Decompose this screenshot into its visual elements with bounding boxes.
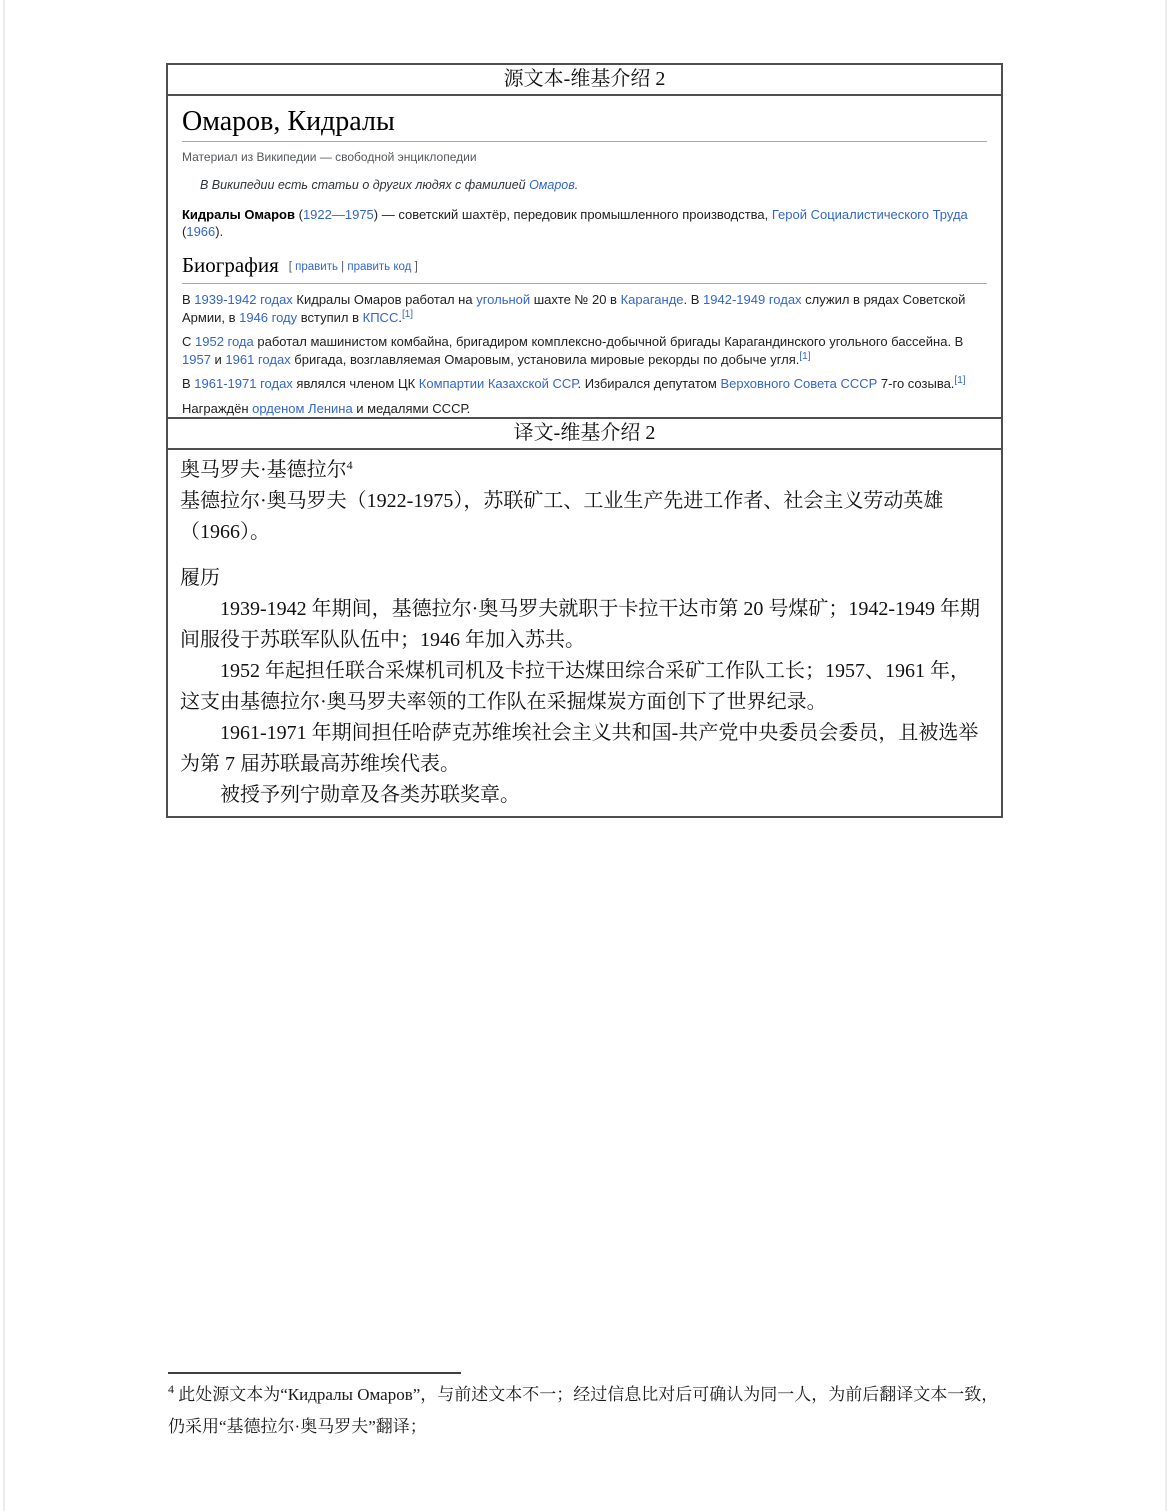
wiki-link[interactable]: орденом Ленина <box>252 401 353 416</box>
wiki-link[interactable]: 1961 годах <box>225 352 290 367</box>
text-run: В <box>182 376 194 391</box>
superscript-marker: 4 <box>347 458 353 472</box>
wiki-link[interactable]: Герой Социалистического Труда <box>772 207 968 222</box>
wiki-link[interactable]: 1939-1942 годах <box>194 292 293 307</box>
text-run: и <box>211 352 226 367</box>
wiki-paragraph: В 1939-1942 годах Кидралы Омаров работал… <box>182 291 987 326</box>
text-run: бригада, возглавляемая Омаровым, установ… <box>291 352 800 367</box>
translation-content-cell: 奥马罗夫·基德拉尔4 基德拉尔·奥马罗夫（1922-1975），苏联矿工、工业生… <box>167 449 1002 817</box>
text-run: В Википедии есть статьи о других людях с… <box>200 178 529 192</box>
wiki-hatnote: В Википедии есть статьи о других людях с… <box>182 178 987 193</box>
translation-paragraph: 被授予列宁勋章及各类苏联奖章。 <box>180 780 989 811</box>
source-header-cell: 源文本-维基介绍 2 <box>167 64 1002 95</box>
wiki-link[interactable]: Караганде <box>621 292 684 307</box>
text-run: 此处源文本为“Кидралы Омаров”，与前述文本不一；经过信息比对后可确… <box>168 1385 998 1436</box>
wiki-link[interactable]: Верховного Совета СССР <box>720 376 877 391</box>
page-right-edge <box>1165 0 1167 1511</box>
text-run: ( <box>295 207 303 222</box>
source-content-cell: Омаров, Кидралы Материал из Википедии — … <box>167 95 1002 418</box>
text-run: и медалями СССР. <box>353 401 471 416</box>
translation-paragraph: 1961-1971 年期间担任哈萨克苏维埃社会主义共和国-共产党中央委员会委员，… <box>180 718 989 780</box>
text-run: . <box>575 178 578 192</box>
wiki-paragraph: С 1952 года работал машинистом комбайна,… <box>182 333 987 368</box>
superscript-marker: 4 <box>168 1382 174 1396</box>
text-run: В <box>182 292 194 307</box>
source-header-row: 源文本-维基介绍 2 <box>167 64 1002 95</box>
text-run: являлся членом ЦК <box>293 376 419 391</box>
text-run: Кидралы Омаров работал на <box>293 292 476 307</box>
reference-link[interactable]: [1] <box>402 309 413 320</box>
translation-paragraph: 1939-1942 年期间，基德拉尔·奥马罗夫就职于卡拉干达市第 20 号煤矿；… <box>180 594 989 656</box>
translation-text: 奥马罗夫·基德拉尔4 基德拉尔·奥马罗夫（1922-1975），苏联矿工、工业生… <box>168 450 1001 811</box>
text-run: . Избирался депутатом <box>577 376 720 391</box>
reference-link[interactable]: [1] <box>954 375 965 386</box>
biography-heading-text: Биография <box>182 253 279 277</box>
blank-line <box>180 548 989 563</box>
translation-paragraph: 1952 年起担任联合采煤机司机及卡拉干达煤田综合采矿工作队工长；1957、19… <box>180 656 989 718</box>
wiki-tagline: Материал из Википедии — свободной энцикл… <box>182 150 987 164</box>
text-run: С <box>182 334 195 349</box>
text-run: 奥马罗夫·基德拉尔 <box>180 459 347 481</box>
translation-bio-line: 基德拉尔·奥马罗夫（1922-1975），苏联矿工、工业生产先进工作者、社会主义… <box>180 486 989 548</box>
wiki-link[interactable]: 1942-1949 годах <box>703 292 802 307</box>
document-page: 源文本-维基介绍 2 Омаров, Кидралы Материал из В… <box>0 0 1170 1511</box>
wiki-link[interactable]: 1946 году <box>239 310 297 325</box>
wiki-link[interactable]: 1952 года <box>195 334 254 349</box>
wiki-link[interactable]: 1966 <box>186 224 215 239</box>
source-content-row: Омаров, Кидралы Материал из Википедии — … <box>167 95 1002 418</box>
page-left-edge <box>3 0 5 1511</box>
text-run: . В <box>684 292 704 307</box>
reference-link[interactable]: [1] <box>799 351 810 362</box>
text-run: ) — советский шахтёр, передовик промышле… <box>374 207 772 222</box>
text-run: работал машинистом комбайна, бригадиром … <box>254 334 964 349</box>
wiki-section-heading: Биография[ править | править код ] <box>182 253 987 284</box>
translation-header-cell: 译文-维基介绍 2 <box>167 418 1002 449</box>
edit-section-links: [ править | править код ] <box>289 261 418 273</box>
wiki-link[interactable]: 1922—1975 <box>303 207 374 222</box>
bracket-text: | <box>338 261 347 273</box>
translation-section-title: 履历 <box>180 563 989 594</box>
bold-text-run: Кидралы Омаров <box>182 207 295 222</box>
footnote-area: 4 此处源文本为“Кидралы Омаров”，与前述文本不一；经过信息比对后… <box>168 1372 1004 1443</box>
wiki-paragraph: Награждён орденом Ленина и медалями СССР… <box>182 400 987 418</box>
translation-name-line: 奥马罗夫·基德拉尔4 <box>180 455 989 486</box>
text-run: вступил в <box>297 310 363 325</box>
text-run: Награждён <box>182 401 252 416</box>
wiki-link[interactable]: Компартии Казахской ССР <box>419 376 578 391</box>
wiki-link[interactable]: править <box>295 261 338 273</box>
wiki-article: Омаров, Кидралы Материал из Википедии — … <box>168 106 1001 417</box>
text-run: 7-го созыва. <box>877 376 954 391</box>
wiki-paragraph: В 1961-1971 годах являлся членом ЦК Комп… <box>182 375 987 393</box>
wiki-link[interactable]: КПСС <box>363 310 399 325</box>
translation-header-row: 译文-维基介绍 2 <box>167 418 1002 449</box>
wiki-link[interactable]: Омаров <box>529 178 575 192</box>
wiki-intro-paragraph: Кидралы Омаров (1922—1975) — советский ш… <box>182 206 987 240</box>
translation-content-row: 奥马罗夫·基德拉尔4 基德拉尔·奥马罗夫（1922-1975），苏联矿工、工业生… <box>167 449 1002 817</box>
wiki-link[interactable]: 1961-1971 годах <box>194 376 293 391</box>
bracket-text: ] <box>411 261 417 273</box>
text-run: шахте № 20 в <box>530 292 620 307</box>
footnote-separator-line <box>168 1372 461 1374</box>
footnote-text: 4 此处源文本为“Кидралы Омаров”，与前述文本不一；经过信息比对后… <box>168 1379 1004 1443</box>
wiki-link[interactable]: править код <box>347 261 411 273</box>
text-run: ). <box>215 224 223 239</box>
wiki-link[interactable]: 1957 <box>182 352 211 367</box>
wiki-article-title: Омаров, Кидралы <box>182 106 987 142</box>
bilingual-comparison-table: 源文本-维基介绍 2 Омаров, Кидралы Материал из В… <box>166 63 1003 818</box>
wiki-link[interactable]: угольной <box>476 292 530 307</box>
